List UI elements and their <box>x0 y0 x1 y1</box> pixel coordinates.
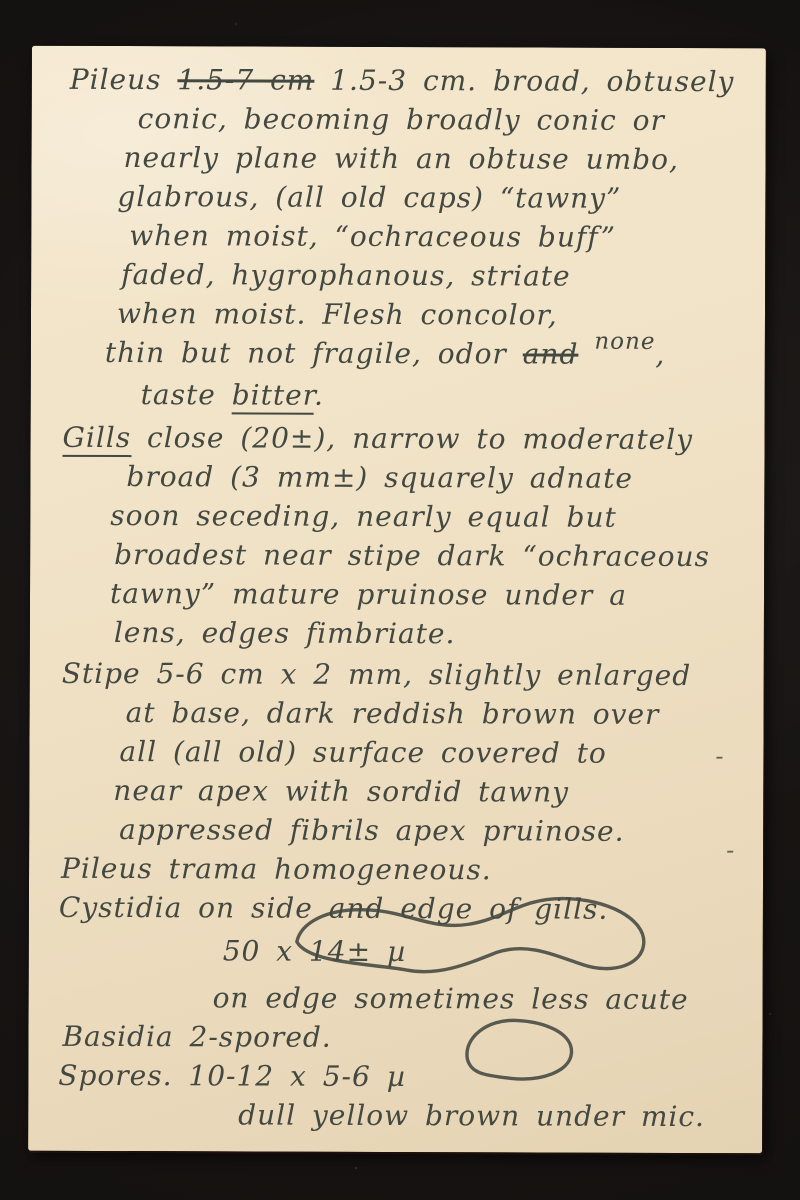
handwriting-segment: lens, edges fimbriate. <box>114 616 456 650</box>
handwriting-segment: thin but not fragile, odor <box>105 336 523 370</box>
handwriting-line: Spores. 10-12 x 5-6 µ <box>58 1056 738 1097</box>
handwriting-line: soon seceding, nearly equal but <box>110 496 740 537</box>
handwriting-segment-strike: and <box>523 337 579 370</box>
handwriting-line: Pileus trama homogeneous. <box>61 849 739 890</box>
handwriting-segment: on edge sometimes less acute <box>213 981 689 1016</box>
photo-background: Pileus 1.5-7 cm 1.5-3 cm. broad, obtusel… <box>0 0 800 1200</box>
handwriting-line: thin but not fragile, odor and none, <box>105 333 741 377</box>
handwriting-segment: Stipe 5-6 cm x 2 mm, slightly enlarged <box>62 657 692 692</box>
stray-pencil-mark: - <box>726 836 734 864</box>
handwriting-line: at base, dark reddish brown over <box>126 693 740 734</box>
handwriting-segment-super: none <box>594 323 655 362</box>
handwriting-segment: at base, dark reddish brown over <box>126 696 660 731</box>
handwriting-line: Gills close (20±), narrow to moderately <box>62 418 740 459</box>
spore-drawing <box>453 1015 579 1083</box>
handwriting-segment: conic, becoming broadly conic or <box>138 102 665 137</box>
handwriting-segment: Pileus <box>70 63 178 96</box>
handwriting-segment: dull yellow brown under mic. <box>238 1098 705 1133</box>
handwriting-segment: . <box>314 379 324 412</box>
handwriting-segment: soon seceding, nearly equal but <box>110 499 617 534</box>
handwriting-line: Stipe 5-6 cm x 2 mm, slightly enlarged <box>62 654 740 695</box>
handwriting-segment: Basidia 2-spored. <box>62 1020 331 1054</box>
handwriting-segment: close (20±), narrow to moderately <box>131 421 693 456</box>
handwriting-segment: , <box>655 338 665 371</box>
handwriting-line: taste bitter. <box>141 375 741 416</box>
note-card: Pileus 1.5-7 cm 1.5-3 cm. broad, obtusel… <box>28 46 766 1154</box>
handwriting-line: all (all old) surface covered to <box>119 732 739 773</box>
handwriting-line: when moist, “ochraceous buff” <box>129 216 741 257</box>
handwriting-line: dull yellow brown under mic. <box>238 1095 738 1136</box>
cystidium-drawing <box>291 890 653 983</box>
handwriting-segment: faded, hygrophanous, striate <box>121 258 571 293</box>
handwriting-segment: when moist. Flesh concolor, <box>117 297 558 332</box>
handwriting-line: conic, becoming broadly conic or <box>138 99 742 140</box>
handwriting-segment: Spores. 10-12 x 5-6 µ <box>58 1059 406 1093</box>
handwriting-segment: 1.5-3 cm. broad, obtusely <box>314 64 734 98</box>
handwriting-segment-underline: Gills <box>62 421 131 457</box>
handwriting-segment: taste <box>141 378 232 411</box>
handwriting-segment: near apex with sordid tawny <box>113 774 569 809</box>
handwriting-line: broad (3 mm±) squarely adnate <box>126 457 740 498</box>
handwriting-line: Pileus 1.5-7 cm 1.5-3 cm. broad, obtusel… <box>70 60 742 101</box>
handwriting-line: tawny” mature pruinose under a <box>110 574 740 615</box>
handwriting-segment: appressed fibrils apex pruinose. <box>119 813 624 848</box>
handwriting-line: nearly plane with an obtuse umbo, <box>123 138 741 179</box>
handwriting-segment: tawny” mature pruinose under a <box>110 577 627 612</box>
handwriting-segment: broad (3 mm±) squarely adnate <box>126 460 633 495</box>
handwriting-segment: broadest near stipe dark “ochraceous <box>114 538 710 573</box>
handwriting-segment: glabrous, (all old caps) “tawny” <box>117 180 621 215</box>
handwriting-segment-strike: 1.5-7 cm <box>177 63 314 96</box>
handwriting-lines: Pileus 1.5-7 cm 1.5-3 cm. broad, obtusel… <box>28 46 766 1154</box>
handwriting-segment-underline: bitter <box>232 378 314 414</box>
handwriting-line: appressed fibrils apex pruinose. <box>119 810 739 851</box>
handwriting-line: near apex with sordid tawny <box>113 771 739 812</box>
handwriting-line: faded, hygrophanous, striate <box>121 255 741 296</box>
handwriting-segment: Pileus trama homogeneous. <box>61 852 492 887</box>
handwriting-segment: when moist, “ochraceous buff” <box>129 219 616 254</box>
handwriting-line: glabrous, (all old caps) “tawny” <box>117 177 741 218</box>
handwriting-line: on edge sometimes less acute <box>213 978 739 1019</box>
handwriting-line: broadest near stipe dark “ochraceous <box>114 535 740 576</box>
handwriting-segment: all (all old) surface covered to <box>119 735 606 770</box>
handwriting-segment <box>578 338 594 371</box>
handwriting-segment: nearly plane with an obtuse umbo, <box>123 141 678 176</box>
handwriting-line: Basidia 2-spored. <box>62 1017 738 1058</box>
handwriting-line: lens, edges fimbriate. <box>114 613 740 654</box>
stray-pencil-mark: - <box>715 742 723 770</box>
